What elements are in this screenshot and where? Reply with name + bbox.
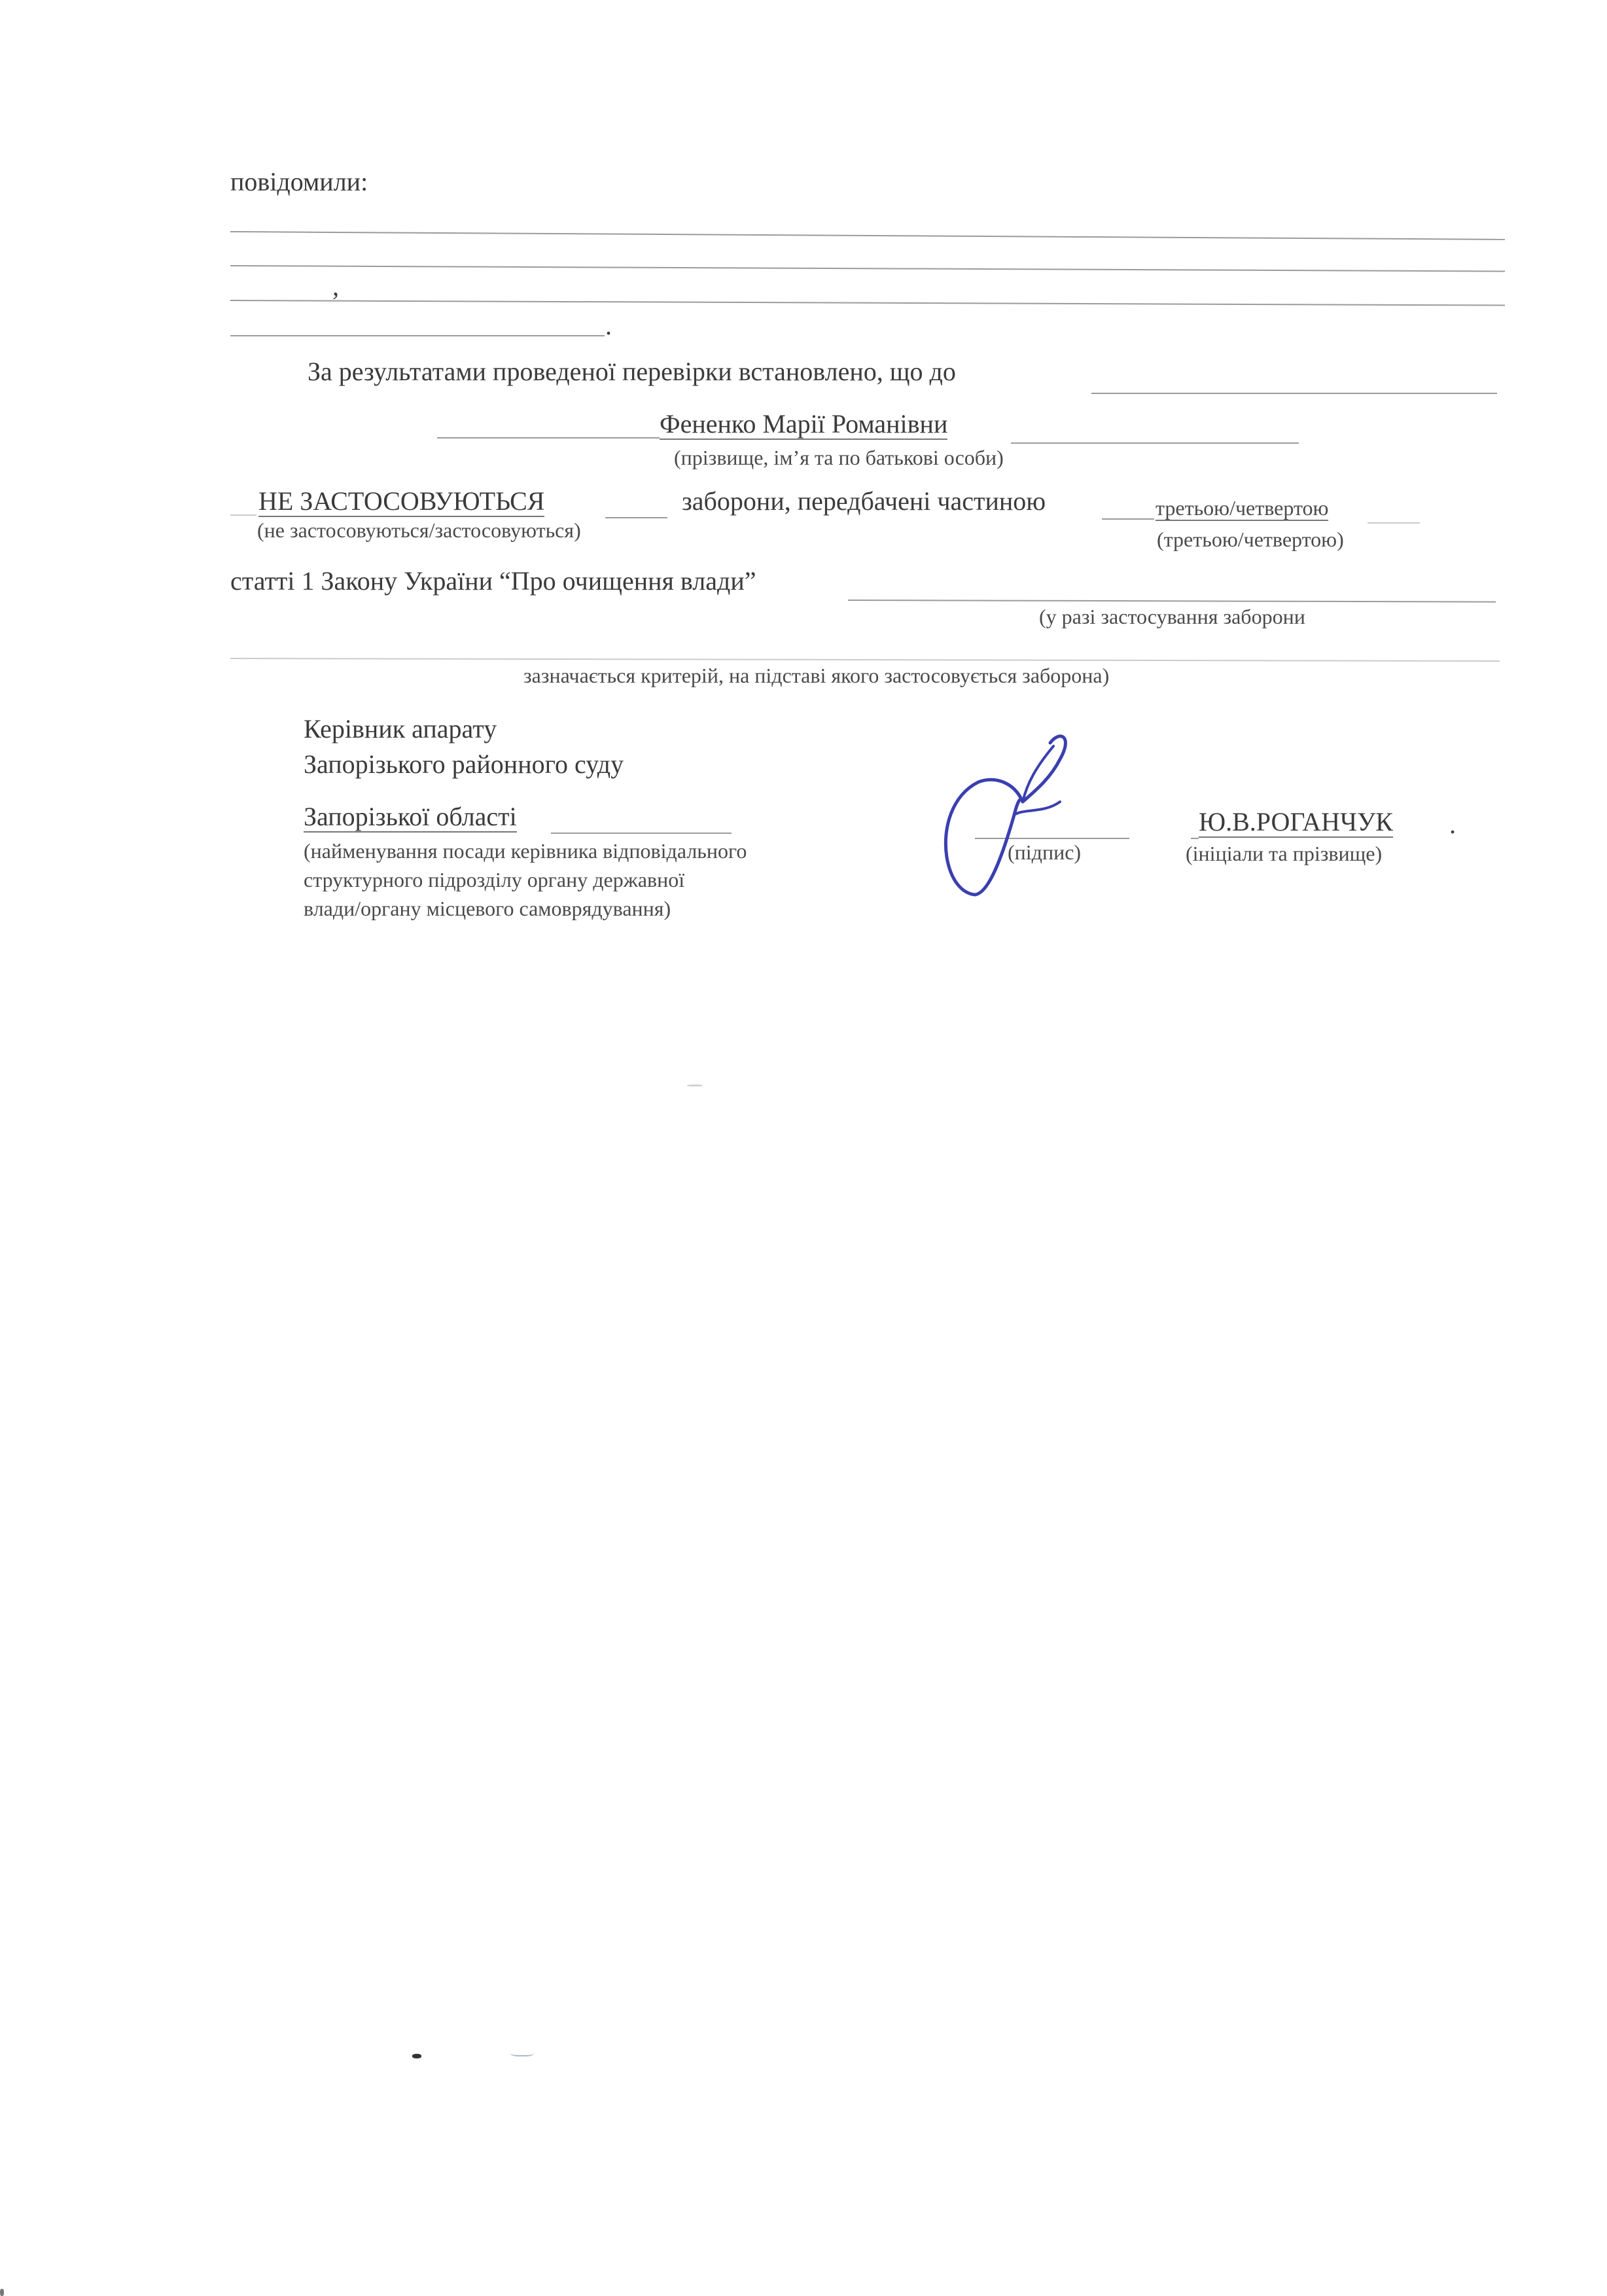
position-caption-2: структурного підрозділу органу державної (304, 869, 684, 890)
name-line-right (1011, 442, 1299, 444)
criterion-blank-line (230, 658, 1500, 662)
status-line-tail (605, 517, 667, 518)
criterion-caption-2: зазначається критерій, на підставі якого… (523, 665, 1109, 686)
ban-part-caption: (третьою/четвертою) (1157, 529, 1344, 550)
blank-line-comma: , (332, 274, 339, 300)
signatory-name-trailing: . (1449, 812, 1456, 838)
blank-line-1 (230, 231, 1505, 240)
signature-caption: (підпис) (1008, 842, 1081, 863)
law-reference: статті 1 Закону України “Про очищення вл… (230, 568, 756, 594)
part-line-tail (1368, 522, 1420, 524)
signatory-name: Ю.В.РОГАНЧУК (1199, 809, 1393, 838)
handwritten-signature-icon (926, 730, 1142, 900)
status-line-lead (230, 514, 256, 516)
part-line-lead (1102, 518, 1154, 520)
header-reported-label: повідомили: (230, 169, 368, 195)
signatory-position-line-3: Запорізької області (304, 804, 517, 833)
criterion-caption-1: (у разі застосування заборони (1039, 606, 1305, 627)
finding-text: За результатами проведеної перевірки вст… (308, 359, 956, 385)
person-name-caption: (прізвище, ім’я та по батькові особи) (674, 447, 1004, 468)
ban-part: третьою/четвертою (1156, 497, 1328, 521)
scan-speck (0, 2289, 4, 2296)
signatory-name-caption: (ініціали та прізвище) (1186, 843, 1382, 864)
position-caption-1: (найменування посади керівника відповіда… (304, 840, 747, 861)
scan-speck (412, 2054, 421, 2058)
ban-status-caption: (не застосовуються/застосовуються) (257, 520, 581, 541)
ban-status: НЕ ЗАСТОСОВУЮТЬСЯ (258, 488, 544, 517)
blank-line-period: . (605, 313, 612, 339)
name-signatory-line-lead (1191, 838, 1199, 839)
scan-speck (687, 1085, 703, 1086)
blank-line-2 (230, 265, 1505, 272)
blank-line-3 (230, 300, 1505, 306)
person-name: Фененко Марії Романівни (660, 411, 947, 440)
signatory-position-line-1: Керівник апарату (304, 716, 497, 742)
position-line-tail (551, 833, 732, 834)
blank-line-4 (230, 335, 605, 336)
finding-blank-line (1091, 393, 1497, 394)
position-caption-3: влади/органу місцевого самоврядування) (304, 898, 671, 919)
law-blank-line (848, 600, 1496, 603)
ban-middle-text: заборони, передбачені частиною (682, 488, 1046, 514)
signatory-position-line-2: Запорізького районного суду (304, 751, 624, 778)
name-line-left (437, 437, 660, 439)
scan-speck (510, 2050, 534, 2056)
